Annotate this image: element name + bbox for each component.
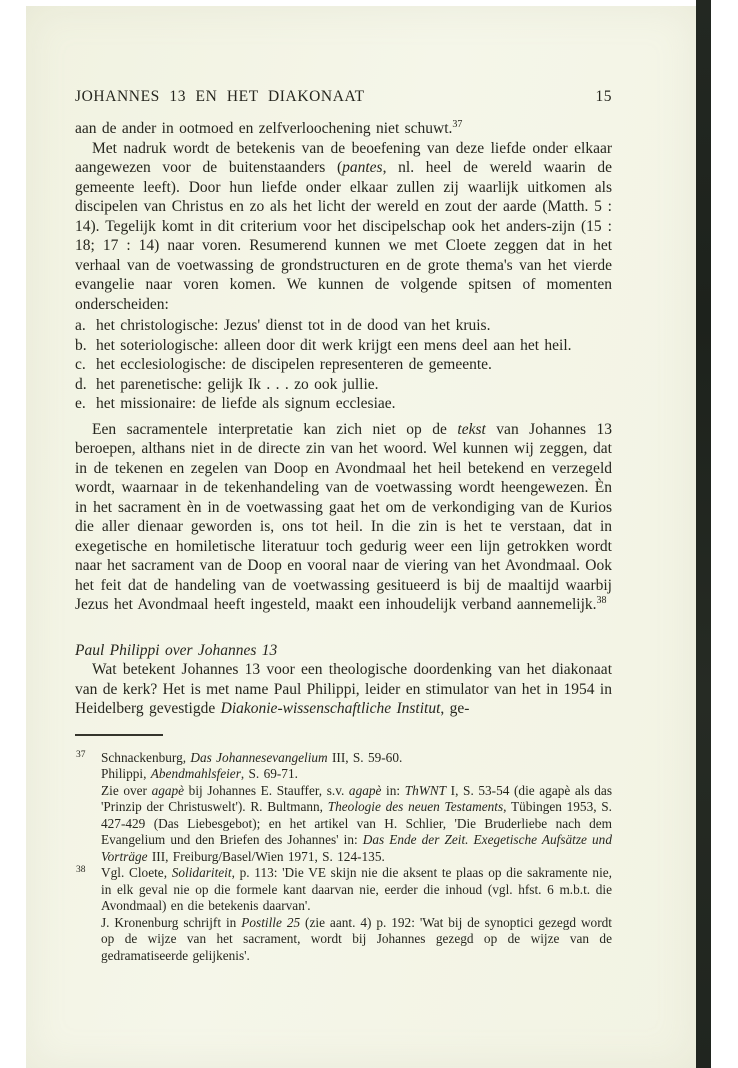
list-item-text: het soteriologische: alleen door dit wer… xyxy=(96,336,612,356)
footnote-paragraph: Philippi, Abendmahlsfeier, S. 69-71. xyxy=(101,766,612,783)
paragraph: Met nadruk wordt de betekenis van de beo… xyxy=(75,139,612,315)
running-header: JOHANNES 13 EN HET DIAKONAAT 15 xyxy=(75,88,612,106)
book-page: JOHANNES 13 EN HET DIAKONAAT 15 aan de a… xyxy=(26,6,696,1068)
footnote-number: 37 xyxy=(76,747,86,764)
list-item: c.het ecclesiologische: de discipelen re… xyxy=(75,355,612,375)
paragraph: Wat betekent Johannes 13 voor een theolo… xyxy=(75,660,612,719)
section-heading: Paul Philippi over Johannes 13 xyxy=(75,641,612,661)
spitsen-list: a.het christologische: Jezus' dienst tot… xyxy=(75,316,612,414)
list-item-text: het christologische: Jezus' dienst tot i… xyxy=(96,316,612,336)
body-text: aan de ander in ootmoed en zelfverlooche… xyxy=(75,119,612,719)
footnote-ref: 38 xyxy=(597,595,607,606)
opening-paragraphs: aan de ander in ootmoed en zelfverlooche… xyxy=(75,119,612,314)
paragraph: Een sacramentele interpretatie kan zich … xyxy=(75,420,612,615)
list-item-marker: d. xyxy=(75,375,96,395)
footnote-paragraph: Vgl. Cloete, Solidariteit, p. 113: 'Die … xyxy=(101,865,612,915)
footnote-ref: 37 xyxy=(452,119,462,130)
footnote-number: 38 xyxy=(76,862,86,879)
list-item-text: het missionaire: de liefde als signum ec… xyxy=(96,394,612,414)
list-item: a.het christologische: Jezus' dienst tot… xyxy=(75,316,612,336)
paragraph: aan de ander in ootmoed en zelfverlooche… xyxy=(75,119,612,139)
running-header-title: JOHANNES 13 EN HET DIAKONAAT xyxy=(75,88,365,106)
sacramentele-paragraph-group: Een sacramentele interpretatie kan zich … xyxy=(75,420,612,615)
closing-paragraphs: Wat betekent Johannes 13 voor een theolo… xyxy=(75,660,612,719)
list-item-marker: c. xyxy=(75,355,96,375)
list-item-text: het ecclesiologische: de discipelen repr… xyxy=(96,355,612,375)
list-item-marker: b. xyxy=(75,336,96,356)
list-item: b.het soteriologische: alleen door dit w… xyxy=(75,336,612,356)
footnote: 38Vgl. Cloete, Solidariteit, p. 113: 'Di… xyxy=(75,865,612,964)
list-item: d.het parenetische: gelijk Ik . . . zo o… xyxy=(75,375,612,395)
page-number: 15 xyxy=(596,88,613,106)
footnote-paragraph: J. Kronenburg schrijft in Postille 25 (z… xyxy=(101,915,612,965)
list-item-text: het parenetische: gelijk Ik . . . zo ook… xyxy=(96,375,612,395)
footnote-separator-rule xyxy=(75,734,163,736)
list-item: e.het missionaire: de liefde als signum … xyxy=(75,394,612,414)
page-content: JOHANNES 13 EN HET DIAKONAAT 15 aan de a… xyxy=(75,6,612,964)
footnote-paragraph: Zie over agapè bij Johannes E. Stauffer,… xyxy=(101,783,612,866)
footnote: 37Schnackenburg, Das Johannesevangelium … xyxy=(75,750,612,866)
list-item-marker: a. xyxy=(75,316,96,336)
list-item-marker: e. xyxy=(75,394,96,414)
footnotes: 37Schnackenburg, Das Johannesevangelium … xyxy=(75,750,612,965)
footnote-paragraph: Schnackenburg, Das Johannesevangelium II… xyxy=(101,750,612,767)
scan-edge-bar xyxy=(696,0,711,1068)
